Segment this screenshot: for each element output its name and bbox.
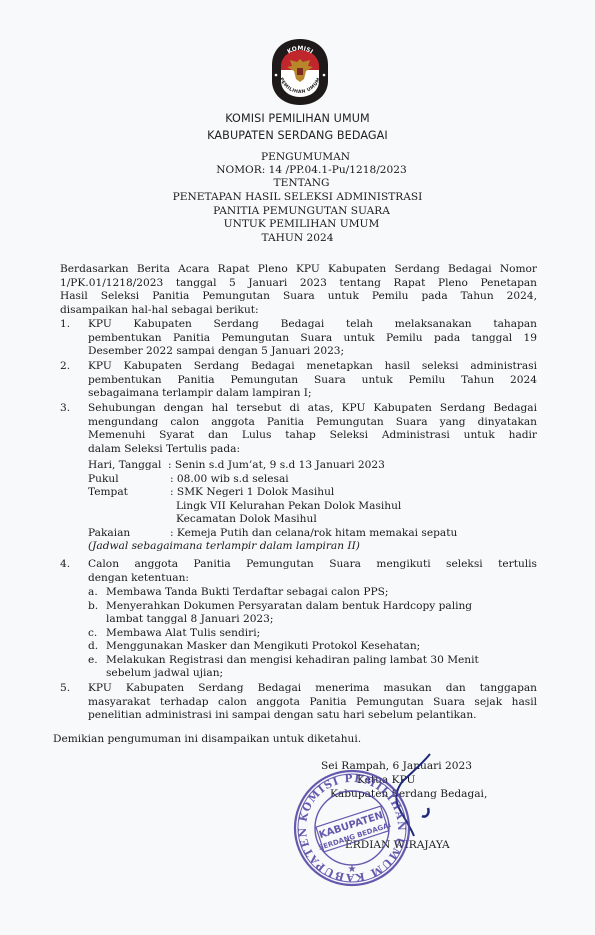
- schedule-label: Pukul: [88, 473, 119, 487]
- requirement-letter: a.: [88, 586, 98, 600]
- org-region: KABUPATEN SERDANG BEDAGAI: [0, 129, 595, 142]
- doc-subject-line: UNTUK PEMILIHAN UMUM: [4, 218, 595, 231]
- item-line: Calon anggota Panitia Pemungutan Suara m…: [88, 558, 537, 572]
- doc-about: TENTANG: [4, 177, 595, 190]
- official-stamp-icon: KOMISI PEMILIHAN UMUM KABUPATEN ★ KABUPA…: [292, 768, 412, 888]
- schedule-value: : Senin s.d Jum’at, 9 s.d 13 Januari 202…: [168, 459, 385, 473]
- requirement-item: a. Membawa Tanda Bukti Terdaftar sebagai…: [88, 586, 508, 600]
- svg-text:★: ★: [348, 864, 357, 875]
- item-line: dengan ketentuan:: [88, 572, 537, 586]
- item-number: 3.: [60, 402, 70, 416]
- requirement-item: d. Menggunakan Masker dan Mengikuti Prot…: [88, 640, 508, 654]
- closing-statement: Demikian pengumuman ini disampaikan untu…: [53, 733, 361, 745]
- requirement-text: Menyerahkan Dokumen Persyaratan dalam be…: [88, 600, 508, 614]
- intro-line: 1/PK.01/1218/2023 tanggal 5 Januari 2023…: [60, 277, 537, 291]
- requirement-text: Membawa Alat Tulis sendiri;: [88, 627, 508, 641]
- schedule-label: Hari, Tanggal: [88, 459, 161, 473]
- item-line: Sehubungan dengan hal tersebut di atas, …: [88, 402, 537, 416]
- doc-subject-line: PANITIA PEMUNGUTAN SUARA: [4, 205, 595, 218]
- announcement-page: KOMISI PEMILIHAN UMUM KOMISI PEMILIHAN U…: [0, 0, 595, 935]
- org-name: KOMISI PEMILIHAN UMUM: [0, 112, 595, 125]
- item-line: pembentukan Panitia Pemungutan Suara unt…: [88, 374, 537, 388]
- item-number: 1.: [60, 318, 70, 332]
- item-number: 5.: [60, 682, 70, 696]
- item-line: sebagaimana terlampir dalam lampiran I;: [88, 387, 537, 401]
- requirement-item: e. Melakukan Registrasi dan mengisi keha…: [88, 654, 508, 681]
- doc-subject-line: PENETAPAN HASIL SELEKSI ADMINISTRASI: [0, 191, 595, 204]
- schedule-note: (Jadwal sebagaimana terlampir dalam lamp…: [88, 540, 360, 554]
- intro-line: Berdasarkan Berita Acara Rapat Pleno KPU…: [60, 263, 537, 277]
- doc-type: PENGUMUMAN: [8, 151, 595, 164]
- schedule-label: Pakaian: [88, 527, 130, 541]
- intro-paragraph: Berdasarkan Berita Acara Rapat Pleno KPU…: [60, 263, 537, 317]
- requirement-text: Membawa Tanda Bukti Terdaftar sebagai ca…: [88, 586, 508, 600]
- schedule-value: : Kemeja Putih dan celana/rok hitam mema…: [170, 527, 457, 541]
- kpu-logo-icon: KOMISI PEMILIHAN UMUM: [270, 37, 330, 107]
- item-line: pembentukan Panitia Pemungutan Suara unt…: [88, 332, 537, 346]
- item-line: dalam Seleksi Tertulis pada:: [88, 443, 537, 457]
- item-line: KPU Kabupaten Serdang Bedagai telah mela…: [88, 318, 537, 332]
- item-line: mengundang calon anggota Panitia Pemungu…: [88, 416, 537, 430]
- requirements-list: a. Membawa Tanda Bukti Terdaftar sebagai…: [88, 586, 508, 681]
- item-number: 2.: [60, 360, 70, 374]
- requirement-text: sebelum jadwal ujian;: [88, 667, 508, 681]
- requirement-letter: e.: [88, 654, 98, 668]
- requirement-text: lambat tanggal 8 Januari 2023;: [88, 613, 508, 627]
- requirement-text: Melakukan Registrasi dan mengisi kehadir…: [88, 654, 508, 668]
- item-line: masyarakat terhadap calon anggota Paniti…: [88, 696, 537, 710]
- requirement-item: c. Membawa Alat Tulis sendiri;: [88, 627, 508, 641]
- intro-line: disampaikan hal-hal sebagai berikut:: [60, 304, 537, 318]
- item-line: Memenuhi Syarat dan Lulus tahap Seleksi …: [88, 429, 537, 443]
- doc-number: NOMOR: 14 /PP.04.1-Pu/1218/2023: [14, 164, 595, 177]
- schedule-value: Kecamatan Dolok Masihul: [176, 513, 317, 527]
- doc-subject-line: TAHUN 2024: [0, 232, 595, 245]
- intro-line: Hasil Seleksi Panitia Pemungutan Suara u…: [60, 290, 537, 304]
- schedule-label: Tempat: [88, 486, 128, 500]
- item-number: 4.: [60, 558, 70, 572]
- requirement-text: Menggunakan Masker dan Mengikuti Protoko…: [88, 640, 508, 654]
- schedule-value: : 08.00 wib s.d selesai: [170, 473, 289, 487]
- item-line: KPU Kabupaten Serdang Bedagai menerima m…: [88, 682, 537, 696]
- requirement-letter: c.: [88, 627, 97, 641]
- requirement-item: b. Menyerahkan Dokumen Persyaratan dalam…: [88, 600, 508, 627]
- item-line: KPU Kabupaten Serdang Bedagai menetapkan…: [88, 360, 537, 374]
- schedule-value: Lingk VII Kelurahan Pekan Dolok Masihul: [176, 500, 401, 514]
- schedule-value: : SMK Negeri 1 Dolok Masihul: [170, 486, 334, 500]
- requirement-letter: d.: [88, 640, 98, 654]
- item-line: penelitian administrasi ini sampai denga…: [88, 709, 537, 723]
- item-line: Desember 2022 sampai dengan 5 Januari 20…: [88, 345, 537, 359]
- requirement-letter: b.: [88, 600, 98, 614]
